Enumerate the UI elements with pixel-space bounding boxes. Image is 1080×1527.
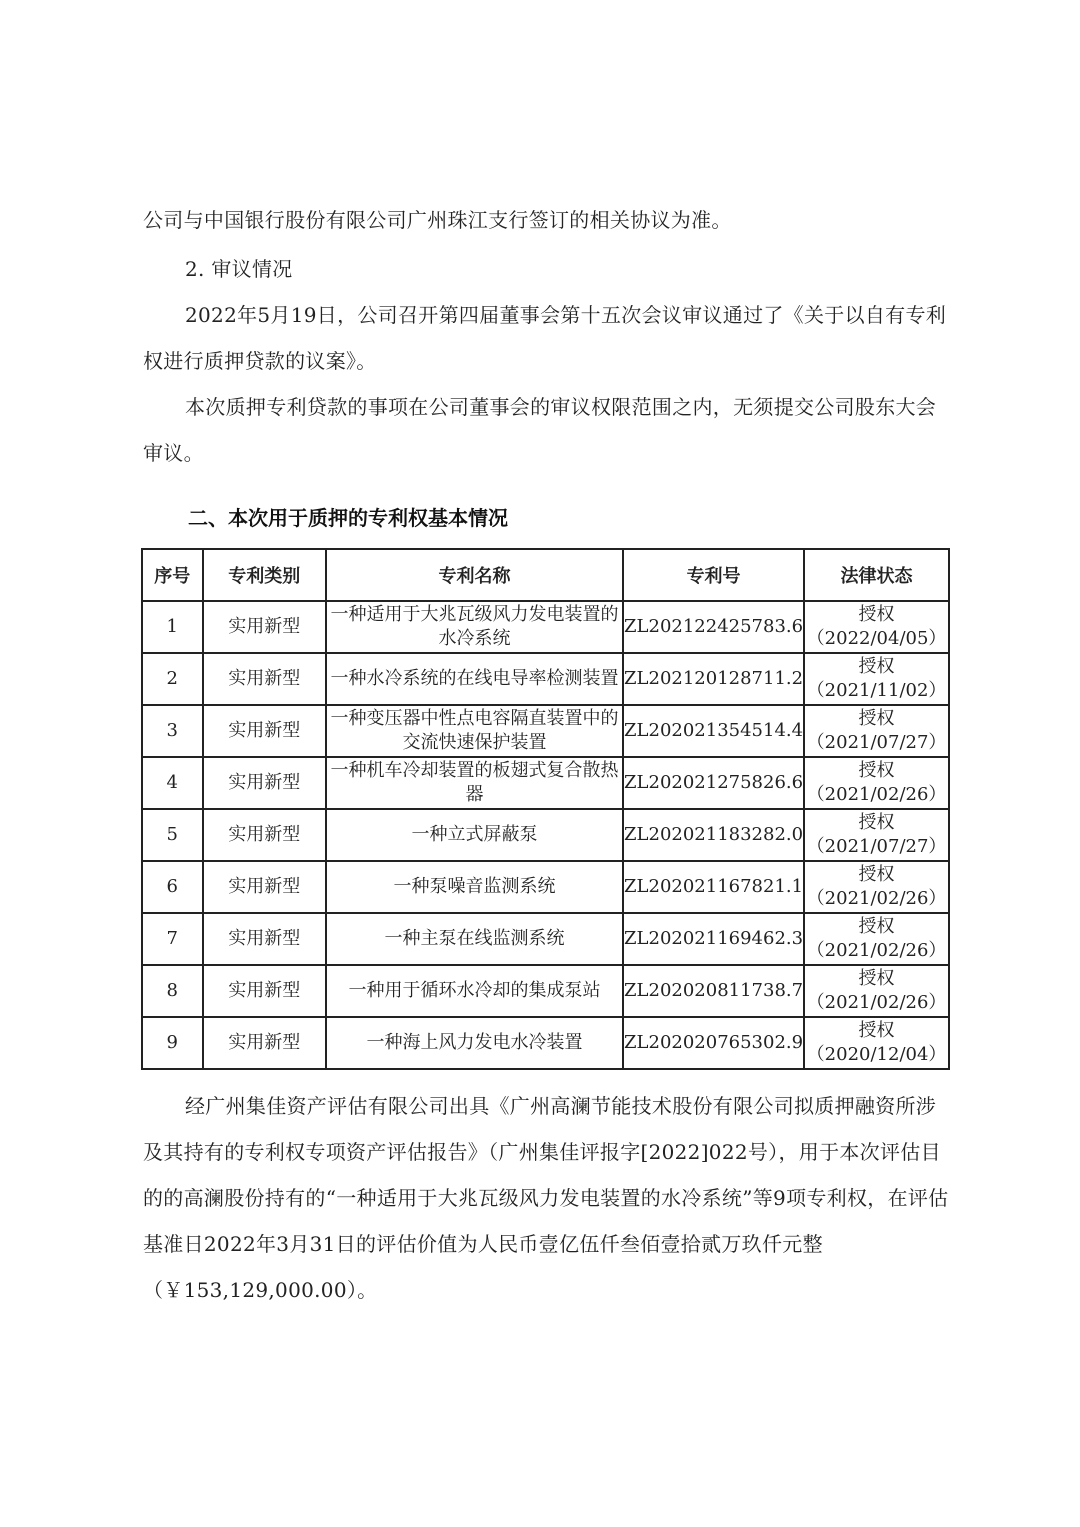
cell-index: 3 (142, 705, 203, 757)
status-label: 授权 (805, 811, 948, 835)
cell-status: 授权（2021/07/27） (804, 705, 949, 757)
cell-status: 授权（2021/02/26） (804, 965, 949, 1017)
status-date: （2021/02/26） (805, 939, 948, 963)
cell-type: 实用新型 (203, 1017, 326, 1069)
table-row: 8 实用新型 一种用于循环水冷却的集成泵站 ZL202020811738.7 授… (142, 965, 949, 1017)
cell-status: 授权（2021/02/26） (804, 757, 949, 809)
status-date: （2021/07/27） (805, 835, 948, 859)
status-date: （2022/04/05） (805, 627, 948, 651)
status-label: 授权 (805, 759, 948, 783)
status-date: （2020/12/04） (805, 1043, 948, 1067)
header-name: 专利名称 (326, 549, 623, 601)
cell-number: ZL202021169462.3 (623, 913, 804, 965)
cell-status: 授权（2020/12/04） (804, 1017, 949, 1069)
cell-number: ZL202021183282.0 (623, 809, 804, 861)
cell-status: 授权（2022/04/05） (804, 601, 949, 653)
status-label: 授权 (805, 603, 948, 627)
header-type: 专利类别 (203, 549, 326, 601)
status-label: 授权 (805, 655, 948, 679)
cell-status: 授权（2021/11/02） (804, 653, 949, 705)
cell-number: ZL202122425783.6 (623, 601, 804, 653)
paragraph-valuation: 经广州集佳资产评估有限公司出具《广州高澜节能技术股份有限公司拟质押融资所涉及其持… (143, 1083, 953, 1313)
status-label: 授权 (805, 707, 948, 731)
cell-number: ZL202021354514.4 (623, 705, 804, 757)
table-row: 9 实用新型 一种海上风力发电水冷装置 ZL202020765302.9 授权（… (142, 1017, 949, 1069)
cell-type: 实用新型 (203, 965, 326, 1017)
cell-index: 6 (142, 861, 203, 913)
cell-type: 实用新型 (203, 913, 326, 965)
cell-number: ZL202020765302.9 (623, 1017, 804, 1069)
patent-table: 序号 专利类别 专利名称 专利号 法律状态 1 实用新型 一种适用于大兆瓦级风力… (141, 548, 950, 1070)
cell-type: 实用新型 (203, 653, 326, 705)
cell-name: 一种泵噪音监测系统 (326, 861, 623, 913)
cell-status: 授权（2021/02/26） (804, 913, 949, 965)
cell-number: ZL202021167821.1 (623, 861, 804, 913)
cell-index: 4 (142, 757, 203, 809)
paragraph-approval-scope: 本次质押专利贷款的事项在公司董事会的审议权限范围之内，无须提交公司股东大会审议。 (143, 384, 953, 476)
subheading-review: 2. 审议情况 (143, 246, 953, 292)
document-page: 公司与中国银行股份有限公司广州珠江支行签订的相关协议为准。 2. 审议情况 20… (0, 0, 1080, 1527)
cell-index: 1 (142, 601, 203, 653)
status-date: （2021/07/27） (805, 731, 948, 755)
cell-index: 9 (142, 1017, 203, 1069)
header-number: 专利号 (623, 549, 804, 601)
status-label: 授权 (805, 863, 948, 887)
cell-status: 授权（2021/02/26） (804, 861, 949, 913)
cell-index: 2 (142, 653, 203, 705)
section-heading: 二、本次用于质押的专利权基本情况 (188, 500, 508, 536)
table-row: 3 实用新型 一种变压器中性点电容隔直装置中的交流快速保护装置 ZL202021… (142, 705, 949, 757)
header-index: 序号 (142, 549, 203, 601)
table-row: 5 实用新型 一种立式屏蔽泵 ZL202021183282.0 授权（2021/… (142, 809, 949, 861)
paragraph-board-meeting: 2022年5月19日，公司召开第四届董事会第十五次会议审议通过了《关于以自有专利… (143, 292, 953, 384)
cell-name: 一种变压器中性点电容隔直装置中的交流快速保护装置 (326, 705, 623, 757)
cell-number: ZL202021275826.6 (623, 757, 804, 809)
cell-type: 实用新型 (203, 757, 326, 809)
cell-name: 一种适用于大兆瓦级风力发电装置的水冷系统 (326, 601, 623, 653)
cell-number: ZL202020811738.7 (623, 965, 804, 1017)
status-label: 授权 (805, 915, 948, 939)
header-status: 法律状态 (804, 549, 949, 601)
cell-type: 实用新型 (203, 705, 326, 757)
cell-number: ZL202120128711.2 (623, 653, 804, 705)
status-date: （2021/02/26） (805, 783, 948, 807)
cell-name: 一种机车冷却装置的板翅式复合散热器 (326, 757, 623, 809)
status-label: 授权 (805, 967, 948, 991)
cell-type: 实用新型 (203, 809, 326, 861)
table-row: 2 实用新型 一种水冷系统的在线电导率检测装置 ZL202120128711.2… (142, 653, 949, 705)
cell-name: 一种水冷系统的在线电导率检测装置 (326, 653, 623, 705)
cell-index: 8 (142, 965, 203, 1017)
cell-name: 一种海上风力发电水冷装置 (326, 1017, 623, 1069)
table-row: 4 实用新型 一种机车冷却装置的板翅式复合散热器 ZL202021275826.… (142, 757, 949, 809)
paragraph-agreement: 公司与中国银行股份有限公司广州珠江支行签订的相关协议为准。 (143, 197, 953, 243)
cell-status: 授权（2021/07/27） (804, 809, 949, 861)
cell-name: 一种主泵在线监测系统 (326, 913, 623, 965)
cell-index: 5 (142, 809, 203, 861)
table-row: 7 实用新型 一种主泵在线监测系统 ZL202021169462.3 授权（20… (142, 913, 949, 965)
status-label: 授权 (805, 1019, 948, 1043)
status-date: （2021/02/26） (805, 887, 948, 911)
cell-name: 一种立式屏蔽泵 (326, 809, 623, 861)
status-date: （2021/02/26） (805, 991, 948, 1015)
status-date: （2021/11/02） (805, 679, 948, 703)
cell-type: 实用新型 (203, 601, 326, 653)
table-row: 1 实用新型 一种适用于大兆瓦级风力发电装置的水冷系统 ZL2021224257… (142, 601, 949, 653)
cell-name: 一种用于循环水冷却的集成泵站 (326, 965, 623, 1017)
cell-type: 实用新型 (203, 861, 326, 913)
table-header-row: 序号 专利类别 专利名称 专利号 法律状态 (142, 549, 949, 601)
table-row: 6 实用新型 一种泵噪音监测系统 ZL202021167821.1 授权（202… (142, 861, 949, 913)
cell-index: 7 (142, 913, 203, 965)
